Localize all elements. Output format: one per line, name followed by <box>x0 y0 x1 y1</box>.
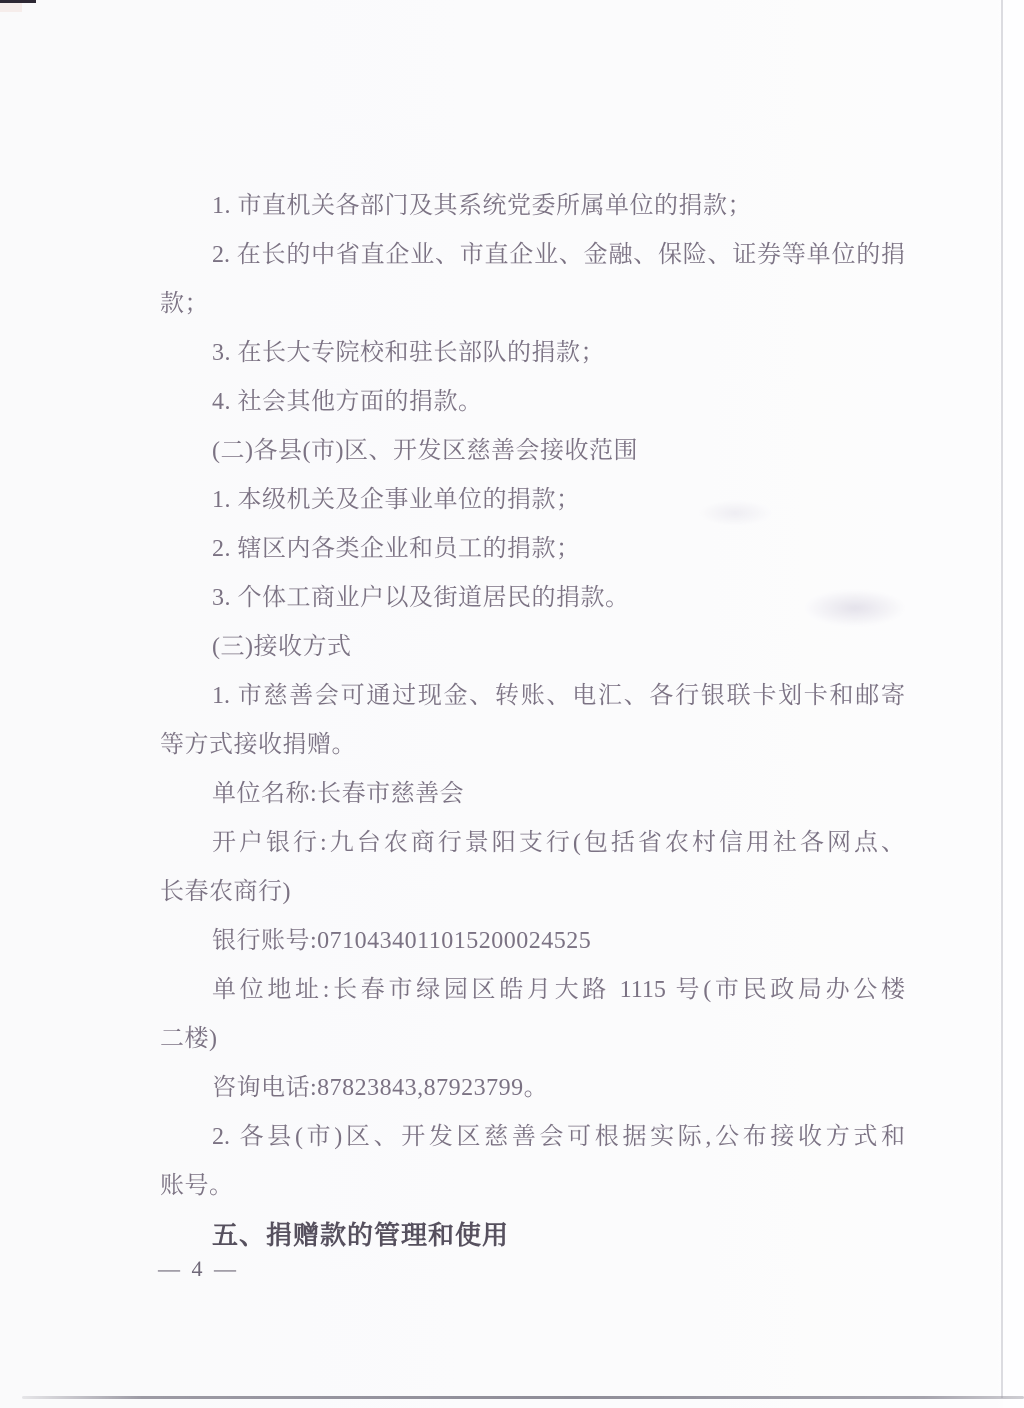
scan-bottom-edge-line <box>22 1396 1024 1399</box>
page-number: — 4 — <box>158 1254 239 1284</box>
bank-account-line: 银行账号:0710434011015200024525 <box>160 917 905 966</box>
address-line-wrap: 二楼) <box>160 1015 905 1064</box>
section-5-heading: 五、捐赠款的管理和使用 <box>160 1211 905 1260</box>
list-item-county-charities-wrap: 账号。 <box>160 1162 905 1211</box>
bank-line-wrap: 长春农商行) <box>160 868 905 917</box>
list-item-individual-businesses: 3. 个体工商业户以及街道居民的捐款。 <box>160 574 905 623</box>
address-line: 单位地址:长春市绿园区皓月大路 1115 号(市民政局办公楼 <box>160 966 905 1015</box>
unit-name-line: 单位名称:长春市慈善会 <box>160 770 905 819</box>
list-item-colleges-troops: 3. 在长大专院校和驻长部队的捐款； <box>160 329 905 378</box>
list-item-payment-methods-wrap: 等方式接收捐赠。 <box>160 721 905 770</box>
list-item-society-other: 4. 社会其他方面的捐款。 <box>160 378 905 427</box>
list-item-city-departments: 1. 市直机关各部门及其系统党委所属单位的捐款； <box>160 182 905 231</box>
list-item-local-organs: 1. 本级机关及企事业单位的捐款； <box>160 476 905 525</box>
list-item-enterprises: 2. 在长的中省直企业、市直企业、金融、保险、证券等单位的捐 <box>160 231 905 280</box>
scan-right-margin-strip <box>1003 0 1024 1408</box>
list-item-county-charities: 2. 各县(市)区、开发区慈善会可根据实际,公布接收方式和 <box>160 1113 905 1162</box>
bank-line: 开户银行:九台农商行景阳支行(包括省农村信用社各网点、 <box>160 819 905 868</box>
list-item-enterprises-wrap: 款； <box>160 280 905 329</box>
document-body: 1. 市直机关各部门及其系统党委所属单位的捐款； 2. 在长的中省直企业、市直企… <box>160 182 905 1260</box>
list-item-district-enterprises: 2. 辖区内各类企业和员工的捐款； <box>160 525 905 574</box>
scan-corner-artifact <box>0 0 36 3</box>
scanned-document-page: 1. 市直机关各部门及其系统党委所属单位的捐款； 2. 在长的中省直企业、市直企… <box>0 0 1024 1408</box>
phone-line: 咨询电话:87823843,87923799。 <box>160 1064 905 1113</box>
list-item-payment-methods: 1. 市慈善会可通过现金、转账、电汇、各行银联卡划卡和邮寄 <box>160 672 905 721</box>
subsection-3-receiving-methods: (三)接收方式 <box>160 623 905 672</box>
scan-right-edge-line <box>1001 0 1003 1398</box>
subsection-2-receiving-scope: (二)各县(市)区、开发区慈善会接收范围 <box>160 427 905 476</box>
